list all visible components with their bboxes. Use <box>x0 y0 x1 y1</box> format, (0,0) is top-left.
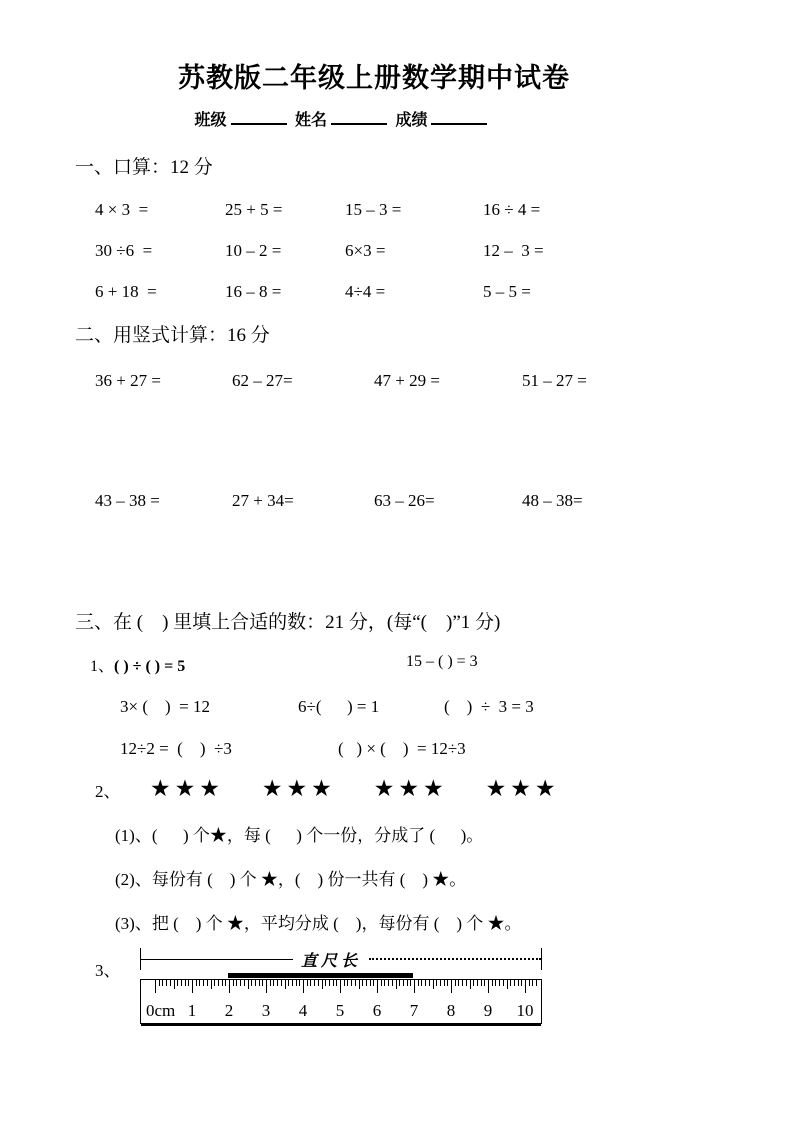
student-info-line: 班级 姓名 成绩 <box>75 107 603 130</box>
math-problem: 63 – 26= <box>374 491 522 511</box>
ruler: 0cm12345678910 <box>140 979 542 1024</box>
oral-math-row: 30 ÷6 = 10 – 2 = 6×3 = 12 – 3 = <box>75 241 733 261</box>
ruler-length-label: 直尺长 <box>293 948 369 971</box>
ruler-number: 0cm <box>146 1001 175 1021</box>
measured-segment-bar <box>228 973 413 978</box>
math-problem: 6 + 18 = <box>95 282 225 302</box>
star-subquestion-1: (1)、( ) 个★，每 ( ) 个一份，分成了 ( )。 <box>75 821 733 846</box>
ruler-number: 9 <box>484 1001 493 1021</box>
section3-heading: 三、在 ( ) 里填上合适的数：21 分，(每“( )”1 分) <box>75 607 733 634</box>
math-problem: 16 – 8 = <box>225 282 345 302</box>
ruler-number: 3 <box>262 1001 271 1021</box>
fill-blank-row: 3× ( ) = 12 6÷( ) = 1 ( ) ÷ 3 = 3 <box>75 697 733 717</box>
ruler-number: 6 <box>373 1001 382 1021</box>
math-problem: 27 + 34= <box>232 491 374 511</box>
math-problem: 4 × 3 = <box>95 200 225 220</box>
math-problem: 6÷( ) = 1 <box>298 697 444 717</box>
ruler-length-annotation: 直尺长 <box>140 948 542 970</box>
math-problem: 10 – 2 = <box>225 241 345 261</box>
math-problem: 36 + 27 = <box>95 371 232 391</box>
math-problem: ( ) ÷ 3 = 3 <box>444 697 733 717</box>
math-problem: 30 ÷6 = <box>95 241 225 261</box>
class-blank <box>231 109 287 125</box>
math-problem: 15 – 3 = <box>345 200 483 220</box>
class-label: 班级 <box>195 112 227 129</box>
ruler-number: 1 <box>188 1001 197 1021</box>
math-problem: ( ) ÷ ( ) = 5 <box>114 658 185 675</box>
annotation-answer-blank <box>369 958 541 960</box>
name-label: 姓名 <box>295 112 327 129</box>
page-title: 苏教版二年级上册数学期中试卷 <box>75 56 673 95</box>
math-problem: 16 ÷ 4 = <box>483 200 733 220</box>
math-problem: 5 – 5 = <box>483 282 733 302</box>
math-problem: 3× ( ) = 12 <box>120 697 298 717</box>
section1-heading: 一、口算：12 分 <box>75 152 733 179</box>
vertical-calc-row: 43 – 38 = 27 + 34= 63 – 26= 48 – 38= <box>75 491 733 511</box>
ruler-number: 10 <box>517 1001 534 1021</box>
ruler-number: 5 <box>336 1001 345 1021</box>
q2-number: 2、 <box>95 777 150 802</box>
math-problem: 4÷4 = <box>345 282 483 302</box>
score-blank <box>431 109 487 125</box>
math-problem: 48 – 38= <box>522 491 733 511</box>
annotation-line-left <box>141 959 293 960</box>
math-problem: ( ) × ( ) = 12÷3 <box>338 739 733 759</box>
section2-heading: 二、用竖式计算：16 分 <box>75 320 733 347</box>
q3-number: 3、 <box>95 948 140 1024</box>
math-problem: 43 – 38 = <box>95 491 232 511</box>
math-problem: 12÷2 = ( ) ÷3 <box>120 739 338 759</box>
math-problem: 12 – 3 = <box>483 241 733 261</box>
star-subquestion-3: (3)、把 ( ) 个 ★，平均分成 ( )，每份有 ( ) 个 ★。 <box>75 909 733 934</box>
star-question-row: 2、 ★★★ ★★★ ★★★ ★★★ <box>75 776 733 802</box>
score-label: 成绩 <box>395 112 427 129</box>
worksheet-page: 苏教版二年级上册数学期中试卷 班级 姓名 成绩 一、口算：12 分 4 × 3 … <box>0 0 793 1024</box>
name-blank <box>331 109 387 125</box>
vertical-calc-row: 36 + 27 = 62 – 27= 47 + 29 = 51 – 27 = <box>75 371 733 391</box>
ruler-diagram: 直尺长 0cm12345678910 <box>140 948 542 1024</box>
star-subquestion-2: (2)、每份有 ( ) 个 ★，( ) 份一共有 ( ) ★。 <box>75 865 733 890</box>
ruler-question-row: 3、 直尺长 0cm12345678910 <box>75 948 733 1024</box>
ruler-number: 4 <box>299 1001 308 1021</box>
fill-blank-row: 1、( ) ÷ ( ) = 5 15 – ( ) = 3 <box>75 653 733 676</box>
star-icons: ★★★ <box>374 776 448 802</box>
star-icons: ★★★ <box>150 776 224 802</box>
star-icons: ★★★ <box>262 776 336 802</box>
ruler-number: 7 <box>410 1001 419 1021</box>
oral-math-row: 4 × 3 = 25 + 5 = 15 – 3 = 16 ÷ 4 = <box>75 200 733 220</box>
star-icons: ★★★ <box>486 776 560 802</box>
math-problem: 51 – 27 = <box>522 371 733 391</box>
oral-math-row: 6 + 18 = 16 – 8 = 4÷4 = 5 – 5 = <box>75 282 733 302</box>
math-problem: 47 + 29 = <box>374 371 522 391</box>
math-problem: 62 – 27= <box>232 371 374 391</box>
ruler-number: 2 <box>225 1001 234 1021</box>
math-problem: 1、( ) ÷ ( ) = 5 <box>90 653 406 676</box>
math-problem: 15 – ( ) = 3 <box>406 653 733 676</box>
ruler-number: 8 <box>447 1001 456 1021</box>
fill-blank-row: 12÷2 = ( ) ÷3 ( ) × ( ) = 12÷3 <box>75 739 733 759</box>
q1-number: 1、 <box>90 658 114 675</box>
math-problem: 6×3 = <box>345 241 483 261</box>
math-problem: 25 + 5 = <box>225 200 345 220</box>
